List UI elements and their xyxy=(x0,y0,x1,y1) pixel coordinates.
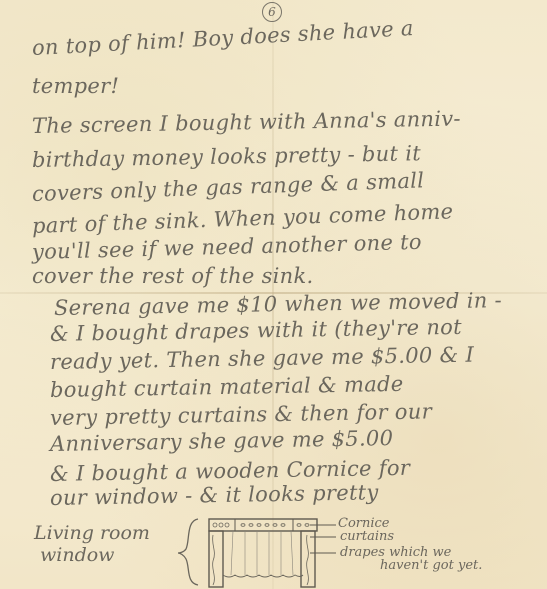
letter-line-11: ready yet. Then she gave me $5.00 & I xyxy=(50,343,474,374)
letter-line-14: Anniversary she gave me $5.00 xyxy=(50,426,394,456)
sketch-label: Living room window xyxy=(34,522,150,566)
curly-brace-icon xyxy=(176,515,204,587)
letter-line-3: The screen I bought with Anna's anniv- xyxy=(32,107,461,138)
letter-line-1: on top of him! Boy does she have a xyxy=(31,16,414,60)
sketch-label-line1: Living room xyxy=(34,522,150,544)
letter-line-10: & I bought drapes with it (they're not xyxy=(50,315,462,346)
letter-line-12: bought curtain material & made xyxy=(50,372,404,402)
callout-curtains: curtains xyxy=(340,529,394,544)
letter-line-8: cover the rest of the sink. xyxy=(32,264,314,288)
sketch-label-line2: window xyxy=(34,544,150,566)
letter-line-5: covers only the gas range & a small xyxy=(32,168,425,206)
window-sketch-icon xyxy=(205,515,325,589)
letter-line-2: temper! xyxy=(32,74,119,98)
page-number: 6 xyxy=(262,2,282,22)
letter-line-16: our window - & it looks pretty xyxy=(50,480,379,510)
callout-leaders xyxy=(310,515,340,565)
letter-line-4: birthday money looks pretty - but it xyxy=(32,141,421,172)
callout-drapes-line2: haven't got yet. xyxy=(380,558,482,573)
